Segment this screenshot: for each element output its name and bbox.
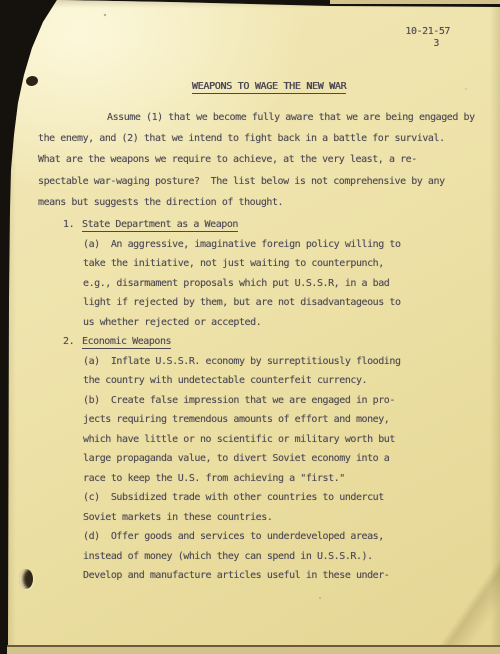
typewritten-line: jects requiring tremendous amounts of ef… (38, 410, 470, 430)
punch-hole-bottom-icon (19, 569, 33, 589)
typewritten-line: (a) Inflate U.S.S.R. economy by surrepti… (38, 352, 470, 372)
underlying-sheet-top-edge (330, 0, 500, 4)
typewritten-line: (a) An aggressive, imaginative foreign p… (38, 235, 470, 255)
typewritten-line: (d) Offer goods and services to underdev… (38, 527, 470, 547)
typewritten-line: take the initiative, not just waiting to… (38, 254, 470, 274)
typewritten-line: which have little or no scientific or mi… (38, 430, 470, 450)
typewritten-line: race to keep the U.S. from achieving a "… (38, 469, 470, 489)
typewritten-line: What are the weapons we require to achie… (38, 149, 470, 170)
section-number: 2. (63, 332, 82, 352)
typewritten-line: large propaganda value, to divert Soviet… (38, 449, 470, 469)
section-title: State Department as a Weapon (82, 219, 238, 232)
typewritten-line: (b) Create false impression that we are … (38, 391, 470, 411)
typewritten-line: means but suggests the direction of thou… (38, 192, 470, 213)
typewritten-line: Develop and manufacture articles useful … (38, 566, 470, 586)
title-row: WEAPONS TO WAGE THE NEW WAR (0, 81, 500, 94)
document-title: WEAPONS TO WAGE THE NEW WAR (192, 81, 346, 94)
page-number: 3 (405, 38, 450, 50)
typewritten-line: Soviet markets in these countries. (38, 508, 470, 528)
scanned-document: 10-21-57 3 WEAPONS TO WAGE THE NEW WAR A… (0, 0, 500, 654)
typewritten-line: light if rejected by them, but are not d… (38, 293, 470, 313)
intro-paragraph: Assume (1) that we become fully aware th… (38, 107, 470, 213)
section-number: 1. (63, 215, 82, 235)
typewritten-line: Assume (1) that we become fully aware th… (38, 107, 470, 128)
typewritten-line: us whether rejected or accepted. (38, 313, 470, 333)
document-date: 10-21-57 (405, 26, 450, 38)
typewritten-line: the enemy, and (2) that we intend to fig… (38, 128, 470, 149)
typewritten-line: e.g., disarmament proposals which put U.… (38, 274, 470, 294)
section-title: Economic Weapons (82, 336, 171, 349)
header-block: 10-21-57 3 (405, 26, 450, 50)
section-heading: 2.Economic Weapons (38, 332, 470, 352)
typewritten-line: spectable war-waging posture? The list b… (38, 171, 470, 192)
typewritten-line: (c) Subsidized trade with other countrie… (38, 488, 470, 508)
typewritten-line: the country with undetectable counterfei… (38, 371, 470, 391)
underlying-sheet-bottom-edge (7, 645, 500, 654)
weapons-list: 1.State Department as a Weapon(a) An agg… (38, 215, 470, 586)
section-heading: 1.State Department as a Weapon (38, 215, 470, 235)
document-page: 10-21-57 3 WEAPONS TO WAGE THE NEW WAR A… (0, 0, 500, 646)
typewritten-line: instead of money (which they can spend i… (38, 547, 470, 567)
